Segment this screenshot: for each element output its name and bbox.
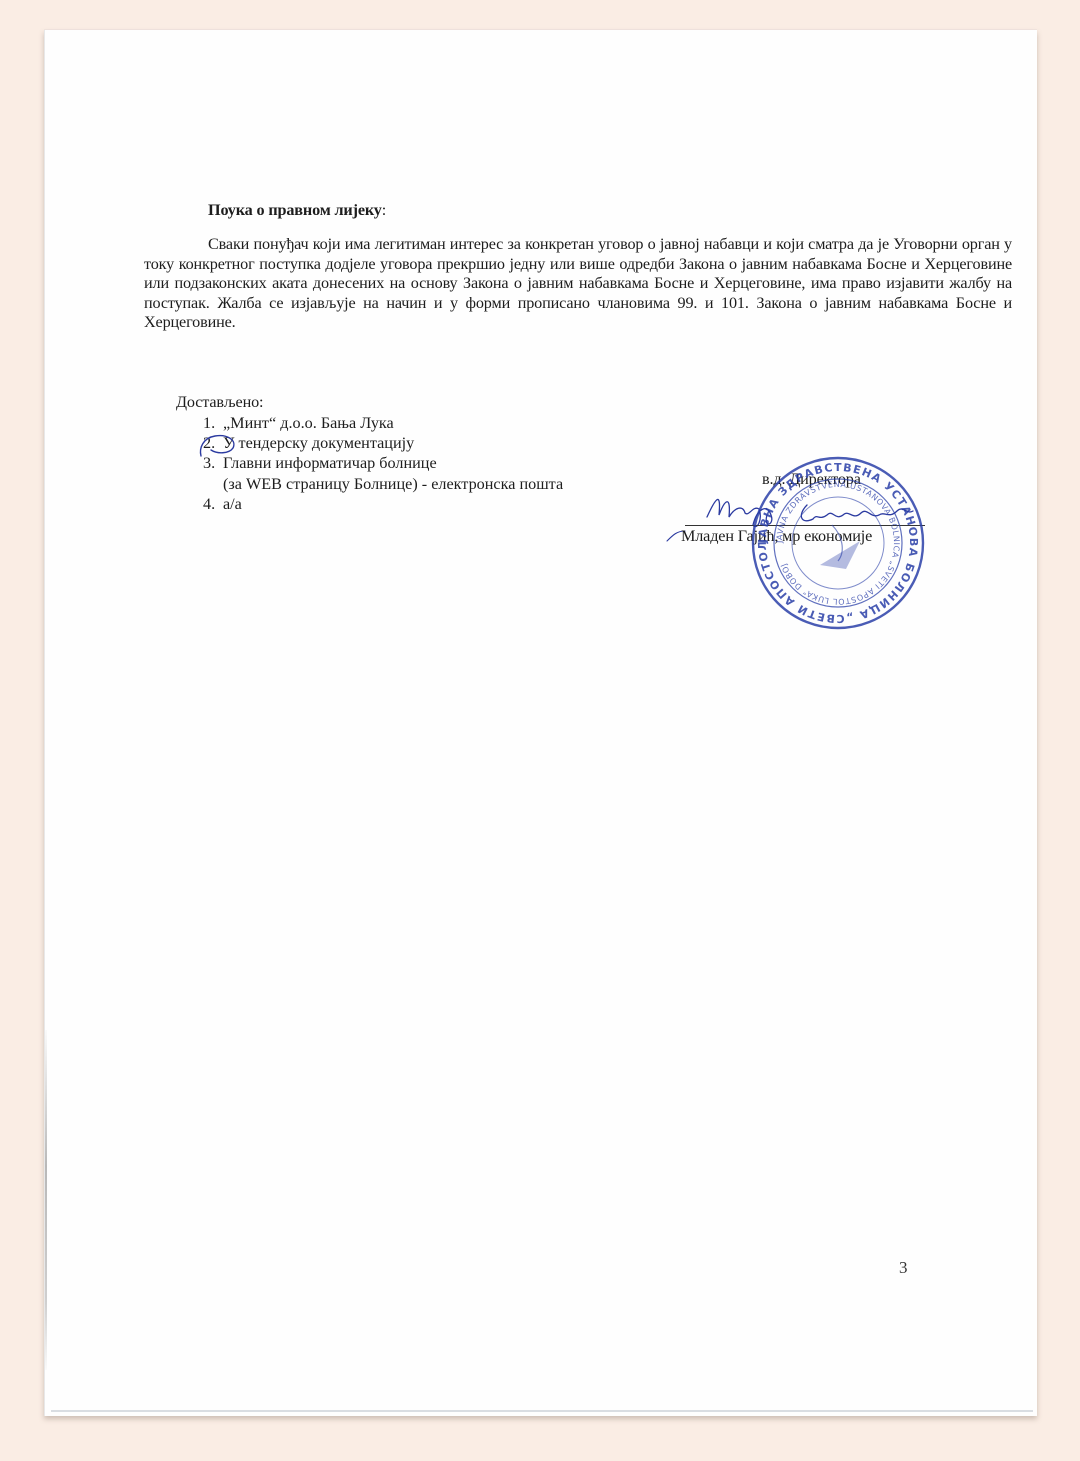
delivered-item: 2. У тендерску документацију — [176, 433, 563, 453]
item-number: 4. — [203, 494, 215, 514]
item-text: а/а — [223, 495, 242, 513]
signature-line — [685, 525, 925, 526]
signatory-title: в.д. Директора — [762, 470, 861, 490]
item-number: 1. — [203, 413, 215, 433]
delivered-item: 4. а/а — [176, 494, 563, 514]
scan-edge-artifact — [45, 1030, 47, 1370]
signatory-name: Младен Гајић, мр економије — [681, 527, 872, 547]
delivered-item: 1. „Минт“ д.о.о. Бања Лука — [176, 413, 563, 433]
delivered-list: 1. „Минт“ д.о.о. Бања Лука 2. У тендерск… — [176, 413, 563, 514]
item-subtext: (за WEB страницу Болнице) - електронска … — [223, 474, 563, 494]
item-text: Главни информатичар болнице — [223, 454, 437, 472]
delivered-item: 3. Главни информатичар болнице (за WEB с… — [176, 453, 563, 493]
legal-remedy-heading: Поука о правном лијеку: — [208, 201, 386, 221]
legal-remedy-paragraph: Сваки понуђач који има легитиман интерес… — [144, 235, 1012, 333]
item-number: 2. — [203, 433, 215, 453]
delivered-label: Достављено: — [176, 393, 263, 413]
item-text: У тендерску документацију — [223, 434, 414, 452]
item-number: 3. — [203, 453, 215, 473]
page-number: 3 — [899, 1258, 907, 1278]
item-text: „Минт“ д.о.о. Бања Лука — [223, 414, 394, 432]
document-page: Поука о правном лијеку: Сваки понуђач ко… — [44, 30, 1037, 1416]
